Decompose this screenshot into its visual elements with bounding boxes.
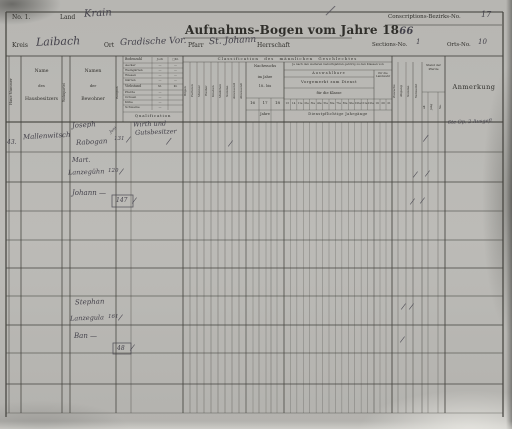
land-row-label: Wiesen — [125, 74, 136, 77]
right-column-header: Vermerkt — [415, 64, 421, 118]
narrow-column-header: Bögen — [184, 64, 189, 118]
land-row-dash: — — [152, 69, 168, 72]
land-row-dash: — — [168, 64, 183, 67]
entry-resident-row7-line1: Stephan — [75, 298, 105, 306]
sections-label: Sections-No. — [372, 43, 407, 49]
narrow-column-header: Abwesend — [240, 64, 245, 118]
sheet-number: No. 1. — [12, 15, 30, 21]
nachwuchs-line2: 18.. bis — [246, 85, 284, 88]
entry-note-row1-line2: Gutsbesitzer — [135, 128, 177, 136]
column-header-owner-2: des — [21, 84, 62, 88]
land-row-dash: — — [168, 69, 183, 72]
land-row-label: Aecker — [125, 64, 136, 67]
form-title: Aufnahms-Bogen vom Jahre 1866 — [185, 24, 414, 37]
anmerkung-column-header: Anmerkung — [445, 84, 503, 91]
column-header-owner-3: Hausbesitzers — [21, 98, 62, 103]
stock-table-col1: St. — [152, 85, 168, 88]
entry-sum-row3: 147 — [116, 198, 127, 204]
narrow-column-header: Knaben — [212, 64, 217, 118]
land-table-title: Bodenzahl — [125, 58, 142, 61]
horses-sub-header: jung — [430, 94, 436, 120]
kreis-value-handwriting: Laibach — [36, 35, 81, 48]
service-top-text: Je nach den weiteren Geburtsjahren gehör… — [285, 63, 391, 70]
right-column-header: Abgang — [400, 64, 405, 118]
entry-number-row7: 161 — [108, 315, 119, 321]
stock-row-dash: — — [152, 106, 168, 109]
horses-box-title: Stand der Pferde — [422, 64, 445, 90]
entry-number-row1: 131 — [114, 137, 125, 143]
stock-table-col2: Kl. — [168, 85, 183, 88]
land-row-dash: — — [168, 74, 183, 77]
narrow-column-header: Summe — [226, 64, 231, 118]
page-edge-shadow — [506, 0, 512, 429]
nachwuchs-line1: im Jahre — [246, 76, 284, 79]
narrow-column-header: Anwesend — [233, 64, 238, 118]
column-header-residents-3: Bewohner — [70, 98, 116, 103]
land-table-col2: □Kl. — [168, 58, 183, 61]
ort-label: Ort — [104, 43, 114, 49]
orts-no-value-handwriting: 10 — [478, 39, 487, 46]
orts-no-label: Orts-No. — [447, 43, 471, 49]
pfarr-label: Pfarr — [188, 43, 204, 49]
entry-number-row2: 120 — [108, 169, 119, 175]
conscription-value-handwriting: 17 — [481, 11, 491, 19]
land-table-col1: Joch — [152, 58, 168, 61]
stock-row-dash: — — [152, 96, 168, 99]
nachwuchs-title: Nachwuchs — [246, 64, 284, 68]
service-row2: Auswahlbare — [284, 72, 374, 75]
service-bottom: Dienstpflichtige Jahrgänge — [284, 113, 392, 117]
kreis-label: Kreis — [12, 43, 28, 49]
column-header-house-number: Haus-Nummer — [10, 66, 20, 118]
classification-title: Classification des männlichen Geschlecht… — [183, 57, 392, 61]
stock-row-label: Kühe — [125, 101, 133, 104]
entry-resident-row7-line2: Lanzegula — [70, 314, 104, 322]
service-row3: Vorgemerkt zum Dienst — [284, 80, 374, 84]
horses-sub-header: Sa. — [439, 94, 444, 120]
land-row-dash: — — [152, 64, 168, 67]
nachwuchs-unit: Jahre — [246, 113, 284, 117]
entry-resident-row3: Johann — — [72, 190, 106, 197]
stock-row-label: Ochsen — [125, 96, 136, 99]
stock-row-dash: — — [152, 101, 168, 104]
stock-row-label: Pferde — [125, 91, 135, 94]
stock-table-title: Viehstand — [125, 85, 141, 88]
land-row-dash: — — [168, 79, 183, 82]
narrow-column-header: Parteien — [191, 64, 196, 118]
land-row-dash: — — [152, 74, 168, 77]
entry-resident-row8: Ban — — [74, 333, 97, 340]
land-row-dash: — — [152, 79, 168, 82]
right-column-header: Zuwachs — [393, 64, 398, 118]
nachwuchs-year: 17 — [259, 101, 271, 105]
land-row-label: Weingärten — [125, 69, 143, 72]
service-extra-cell: 21 — [386, 102, 392, 105]
service-class-cell: 7te — [335, 102, 341, 105]
qualification-label: Qualification — [123, 114, 183, 118]
column-header-residents-1: Namen — [70, 70, 116, 75]
right-column-header: Summe — [407, 64, 412, 118]
herrschaft-label: Herrschaft — [257, 43, 290, 49]
horses-sub-header: alt — [423, 94, 428, 120]
sections-value-handwriting: 1 — [416, 39, 420, 46]
service-class-cell: 14 — [290, 102, 296, 105]
narrow-column-header: Weiber — [205, 64, 210, 118]
column-header-wohnpartei: Wohnpartei — [63, 68, 70, 118]
nachwuchs-year: 16 — [246, 101, 259, 105]
narrow-column-header: Männer — [198, 64, 203, 118]
column-header-religion: Religion — [116, 68, 123, 118]
entry-sum-row8: 48 — [117, 346, 125, 352]
bottom-light-band — [0, 421, 512, 429]
service-row4: für die Klasse — [284, 92, 374, 96]
stock-row-label: Schweine — [125, 106, 140, 109]
column-header-residents-2: der — [70, 84, 116, 88]
land-row-label: Gärten — [125, 79, 136, 82]
scanned-census-form: No. 1. Land Krain Conscriptions-Bezirks-… — [0, 0, 512, 429]
stock-row-dash: — — [152, 91, 168, 94]
service-landwehr: für die Landwehr — [374, 72, 392, 97]
service-class-cell: 11te — [361, 102, 367, 105]
column-header-owner-1: Name — [21, 70, 62, 75]
entry-margin-number: 43. — [7, 140, 17, 146]
form-title-print: Aufnahms-Bogen vom Jahre 18 — [185, 23, 399, 37]
land-label: Land — [60, 15, 75, 21]
land-value-handwriting: Krain — [84, 8, 112, 19]
entry-resident-row2-line1: Mart. — [72, 157, 90, 164]
nachwuchs-year: 18 — [271, 101, 284, 105]
entry-resident-row2-line2: Lanzegühn — [68, 168, 105, 176]
service-class-cell: 4te — [316, 102, 322, 105]
form-title-year-handwriting: 66 — [399, 26, 413, 37]
conscription-label: Conscriptions-Bezirks-No. — [388, 15, 461, 21]
narrow-column-header: Mädchen — [219, 64, 224, 118]
